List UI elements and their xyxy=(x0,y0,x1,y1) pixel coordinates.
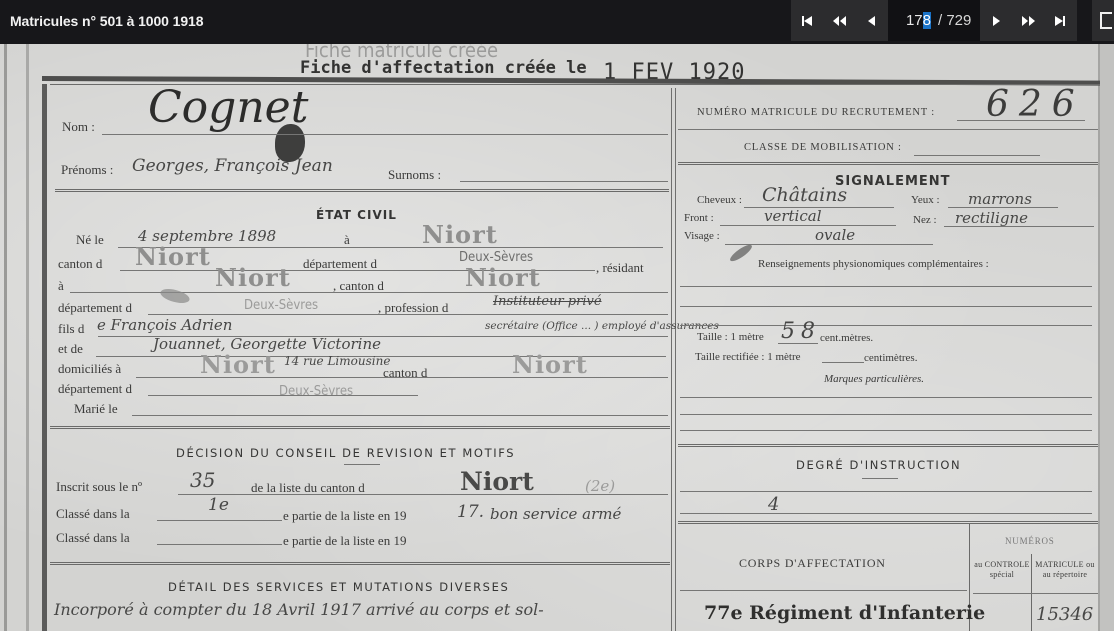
col2-header: MATRICULE ou au répertoire xyxy=(1034,560,1096,580)
departement3-stamp: Deux-Sèvres xyxy=(279,384,353,399)
canton3-stamp: Niort xyxy=(512,350,588,379)
rule xyxy=(680,590,967,591)
yeux-label: Yeux : xyxy=(911,194,940,206)
matricule-value: 15346 xyxy=(1036,604,1093,625)
marques-label: Marques particulières. xyxy=(824,373,924,385)
rule xyxy=(822,362,864,363)
panel-icon xyxy=(1100,12,1112,29)
taille-value: 58 xyxy=(781,319,821,344)
rule xyxy=(948,207,1058,208)
residence-stamp: Niort xyxy=(215,263,291,292)
rule xyxy=(680,491,1092,492)
rule xyxy=(944,226,1094,227)
partie2-label: e partie de la liste en 19 xyxy=(283,533,406,549)
rule xyxy=(725,244,933,245)
previous-page-button[interactable] xyxy=(855,0,887,41)
rule xyxy=(680,414,1092,415)
renseignements-label: Renseignements physionomiques complément… xyxy=(758,258,989,270)
front-value: vertical xyxy=(764,207,822,225)
rule xyxy=(680,513,1092,514)
page-number-input[interactable]: 178 xyxy=(901,10,931,32)
et-de-label: et de xyxy=(58,341,83,357)
next-page-button[interactable] xyxy=(980,0,1012,41)
page-number-text: 17 xyxy=(906,12,923,29)
rule xyxy=(55,189,669,192)
skip-to-end-icon xyxy=(1055,16,1065,26)
fils-label: fils d xyxy=(58,321,84,337)
cheveux-value: Châtains xyxy=(762,184,847,206)
first-page-button[interactable] xyxy=(791,0,823,41)
nav-group-back xyxy=(791,0,888,41)
corps-value: 77e Régiment d'Infanterie xyxy=(704,602,985,624)
liste-canton-stamp: Niort xyxy=(460,467,534,496)
canton-stamp: Niort xyxy=(135,242,211,271)
rule xyxy=(680,397,1092,398)
corps-title: CORPS D'AFFECTATION xyxy=(739,556,886,571)
decision-title: DÉCISION DU CONSEIL DE REVISION ET MOTIF… xyxy=(176,446,515,460)
birth-place-stamp: Niort xyxy=(422,220,498,249)
profession-value: secrétaire (Office ... ) employé d'assur… xyxy=(485,320,719,332)
rule xyxy=(914,155,1040,156)
rule xyxy=(132,415,668,416)
rule xyxy=(178,494,668,495)
detail-title: DÉTAIL DES SERVICES ET MUTATIONS DIVERSE… xyxy=(168,580,509,594)
domicilies-label: domiciliés à xyxy=(58,361,121,377)
taille-unit: cent.mètres. xyxy=(820,332,873,344)
rule xyxy=(344,464,380,465)
rule xyxy=(460,181,668,182)
front-label: Front : xyxy=(684,212,714,224)
numeros-title: NUMÉROS xyxy=(1005,536,1055,546)
visage-label: Visage : xyxy=(684,230,720,242)
rewind-button[interactable] xyxy=(823,0,855,41)
rule xyxy=(678,162,1098,165)
partie1-note: bon service armé xyxy=(490,505,621,523)
rule xyxy=(680,306,1092,307)
departement3-label: département d xyxy=(58,381,132,397)
rule xyxy=(102,134,668,135)
degre-title: DEGRÉ D'INSTRUCTION xyxy=(796,458,961,472)
page-edge-right xyxy=(1098,44,1114,631)
smudge xyxy=(159,286,191,305)
father-value: e François Adrien xyxy=(97,316,232,334)
visage-value: ovale xyxy=(815,226,855,244)
classe1-value: 1e xyxy=(208,495,229,515)
cheveux-label: Cheveux : xyxy=(697,194,742,206)
rule xyxy=(862,478,898,479)
viewer-toolbar: Matricules n° 501 à 1000 1918 178 / 729 xyxy=(0,0,1114,44)
surnoms-label: Surnoms : xyxy=(388,167,441,183)
nez-value: rectiligne xyxy=(955,209,1028,227)
rule xyxy=(957,120,1085,121)
partie1-label: e partie de la liste en 19 xyxy=(283,508,406,524)
departement2-stamp: Deux-Sèvres xyxy=(244,298,318,313)
col1-header: au CONTROLE spécial xyxy=(974,560,1030,580)
rule xyxy=(157,544,282,545)
page-frame-left xyxy=(42,84,47,631)
a-label: à xyxy=(344,232,350,248)
classe2-label: Classé dans la xyxy=(56,530,130,546)
canton2-stamp: Niort xyxy=(465,263,541,292)
rule xyxy=(678,444,1098,447)
document-viewer[interactable]: Fiche matricule créée Fiche d'affectatio… xyxy=(0,44,1114,631)
rule xyxy=(50,562,670,565)
nav-group-forward xyxy=(980,0,1077,41)
rule xyxy=(136,377,668,378)
side-panel-toggle-button[interactable] xyxy=(1092,0,1114,41)
degre-value: 4 xyxy=(768,494,779,515)
page-edge xyxy=(4,44,7,631)
numero-label: NUMÉRO MATRICULE DU RECRUTEMENT : xyxy=(697,107,935,118)
etat-civil-title: ÉTAT CIVIL xyxy=(316,208,397,222)
inscrit-label: Inscrit sous le nº xyxy=(56,479,142,495)
page-indicator: 178 / 729 xyxy=(888,0,980,41)
rule xyxy=(680,286,1092,287)
nez-label: Nez : xyxy=(913,214,937,226)
numero-value: 626 xyxy=(986,84,1085,125)
ne-le-label: Né le xyxy=(76,232,104,248)
prenoms-value: Georges, François Jean xyxy=(132,156,333,176)
page-edge xyxy=(26,44,29,631)
fast-forward-icon xyxy=(1022,16,1035,26)
signalement-title: SIGNALEMENT xyxy=(835,174,951,189)
rule xyxy=(678,521,1098,524)
rule xyxy=(50,426,670,429)
page-total: / 729 xyxy=(938,12,971,29)
rule xyxy=(148,314,668,315)
profession-struck: Instituteur privé xyxy=(493,294,602,309)
last-page-button[interactable] xyxy=(1044,0,1076,41)
residant-label: , résidant xyxy=(596,260,644,276)
prenoms-label: Prénoms : xyxy=(61,162,113,178)
rule xyxy=(720,225,896,226)
caret-left-icon xyxy=(868,16,875,26)
caret-right-icon xyxy=(993,16,1000,26)
taille-label: Taille : 1 mètre xyxy=(697,331,764,343)
column-divider xyxy=(671,88,676,631)
nom-label: Nom : xyxy=(62,119,95,135)
rule xyxy=(148,395,418,396)
partie1-year: 17. xyxy=(457,502,484,522)
fast-forward-button[interactable] xyxy=(1012,0,1044,41)
page-number-selection: 8 xyxy=(923,12,931,29)
classe1-label: Classé dans la xyxy=(56,506,130,522)
marie-label: Marié le xyxy=(74,401,118,417)
taille-rect-unit: centimètres. xyxy=(864,352,917,364)
rule xyxy=(680,325,1092,326)
classe-label: CLASSE DE MOBILISATION : xyxy=(744,142,902,153)
taille-rect-label: Taille rectifiée : 1 mètre xyxy=(695,351,801,363)
inscrit-value: 35 xyxy=(190,468,215,492)
detail-line1: Incorporé à compter du 18 Avril 1917 arr… xyxy=(54,600,544,619)
a2-label: à xyxy=(58,278,64,294)
scanned-page: Fiche matricule créée Fiche d'affectatio… xyxy=(0,44,1114,631)
rule xyxy=(778,343,818,344)
rewind-icon xyxy=(833,16,846,26)
rule xyxy=(678,129,1098,130)
rule xyxy=(157,520,282,521)
rule xyxy=(680,430,1092,431)
header-stamp: Fiche d'affectation créée le xyxy=(300,58,587,78)
liste-canton-note: (2e) xyxy=(585,477,615,495)
domicile-stamp: Niort xyxy=(200,350,276,379)
canton3-label: canton d xyxy=(383,365,427,381)
smudge xyxy=(728,242,754,263)
document-title: Matricules n° 501 à 1000 1918 xyxy=(10,13,203,29)
domicile-value: 14 rue Limousine xyxy=(284,354,390,368)
skip-to-start-icon xyxy=(802,16,812,26)
rule xyxy=(973,593,1098,594)
yeux-value: marrons xyxy=(968,190,1032,208)
canton-label: canton d xyxy=(58,256,102,272)
departement2-label: département d xyxy=(58,300,132,316)
